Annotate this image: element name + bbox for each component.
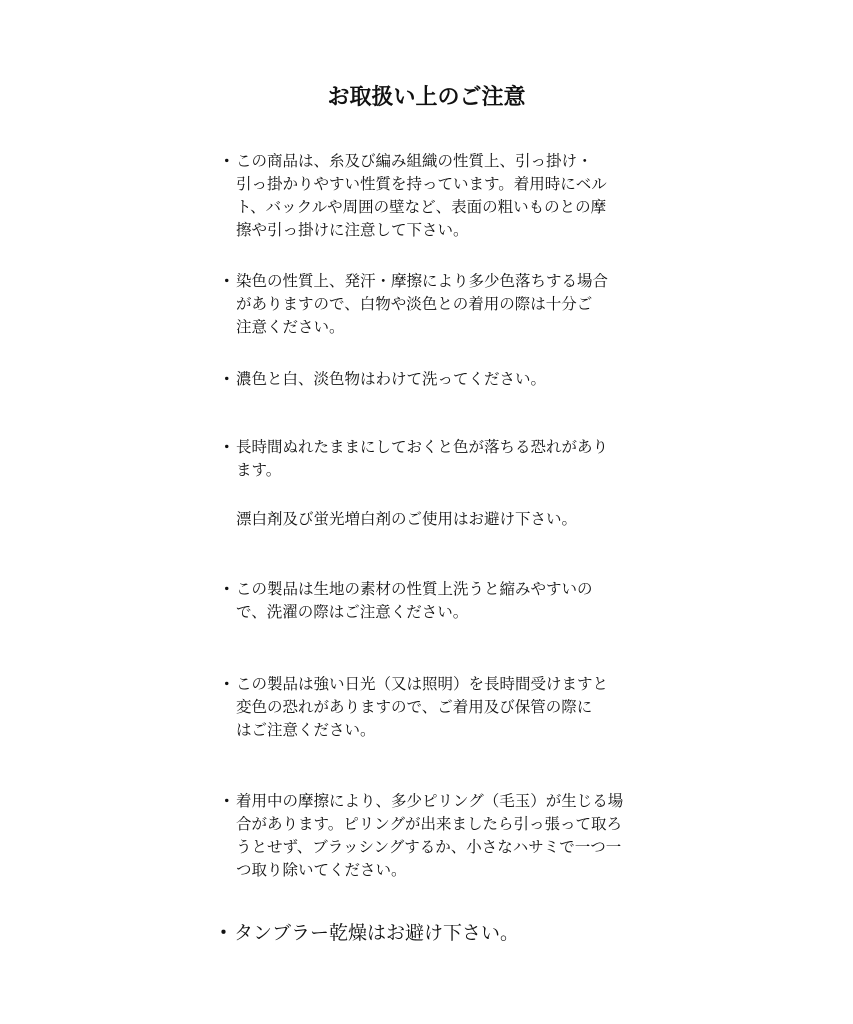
- notice-line: ます。: [236, 459, 659, 482]
- notice-item-sunlight: ・ この製品は強い日光（又は照明）を長時間受けますと 変色の恐れがありますので、…: [219, 673, 659, 742]
- notice-line: 長時間ぬれたままにしておくと色が落ちる恐れがあり: [236, 436, 659, 459]
- notice-line: この製品は生地の素材の性質上洗うと縮みやすいの: [236, 578, 659, 601]
- notice-text: 着用中の摩擦により、多少ピリング（毛玉）が生じる場 合があります。ピリングが出来…: [236, 790, 659, 882]
- notice-line: 着用中の摩擦により、多少ピリング（毛玉）が生じる場: [236, 790, 659, 813]
- notice-line: 漂白剤及び蛍光増白剤のご使用はお避け下さい。: [236, 508, 659, 531]
- notice-text: 染色の性質上、発汗・摩擦により多少色落ちする場合 がありますので、白物や淡色との…: [236, 270, 659, 339]
- notice-line: がありますので、白物や淡色との着用の際は十分ご: [236, 293, 659, 316]
- notice-text: タンブラー乾燥はお避け下さい。: [234, 920, 654, 946]
- notice-line: タンブラー乾燥はお避け下さい。: [234, 920, 654, 946]
- notice-line: 擦や引っ掛けに注意して下さい。: [236, 219, 659, 242]
- notice-text: この商品は、糸及び編み組織の性質上、引っ掛け・ 引っ掛かりやすい性質を持っていま…: [236, 150, 659, 242]
- document-title: お取扱い上のご注意: [0, 80, 853, 111]
- notice-text: 濃色と白、淡色物はわけて洗ってください。: [236, 368, 659, 391]
- bullet-icon: ・: [214, 920, 228, 946]
- notice-text: 長時間ぬれたままにしておくと色が落ちる恐れがあり ます。: [236, 436, 659, 482]
- notice-line: この製品は強い日光（又は照明）を長時間受けますと: [236, 673, 659, 696]
- bullet-icon: ・: [219, 578, 233, 601]
- notice-line: ト、バックルや周囲の壁など、表面の粗いものとの摩: [236, 196, 659, 219]
- notice-line: 濃色と白、淡色物はわけて洗ってください。: [236, 368, 659, 391]
- notice-line: 染色の性質上、発汗・摩擦により多少色落ちする場合: [236, 270, 659, 293]
- notice-item-shrinkage: ・ この製品は生地の素材の性質上洗うと縮みやすいの で、洗濯の際はご注意ください…: [219, 578, 659, 624]
- notice-text: この製品は生地の素材の性質上洗うと縮みやすいの で、洗濯の際はご注意ください。: [236, 578, 659, 624]
- bullet-icon: ・: [219, 790, 233, 813]
- notice-line: 合があります。ピリングが出来ましたら引っ張って取ろ: [236, 813, 659, 836]
- notice-item-wet-fade: ・ 長時間ぬれたままにしておくと色が落ちる恐れがあり ます。: [219, 436, 659, 482]
- notice-item-pilling: ・ 着用中の摩擦により、多少ピリング（毛玉）が生じる場 合があります。ピリングが…: [219, 790, 659, 882]
- notice-item-tumble-dry: ・ タンブラー乾燥はお避け下さい。: [214, 920, 654, 946]
- notice-line: 引っ掛かりやすい性質を持っています。着用時にベル: [236, 173, 659, 196]
- bullet-icon: ・: [219, 150, 233, 173]
- bullet-icon: ・: [219, 436, 233, 459]
- notice-line: この商品は、糸及び編み組織の性質上、引っ掛け・: [236, 150, 659, 173]
- notice-line: 注意ください。: [236, 316, 659, 339]
- bullet-icon: ・: [219, 270, 233, 293]
- bullet-icon: ・: [219, 673, 233, 696]
- bullet-icon: ・: [219, 368, 233, 391]
- notice-line: うとせず、ブラッシングするか、小さなハサミで一つ一: [236, 836, 659, 859]
- notice-line: 変色の恐れがありますので、ご着用及び保管の際に: [236, 696, 659, 719]
- notice-item-bleach: 漂白剤及び蛍光増白剤のご使用はお避け下さい。: [219, 508, 659, 531]
- notice-line: はご注意ください。: [236, 719, 659, 742]
- notice-line: つ取り除いてください。: [236, 859, 659, 882]
- notice-line: で、洗濯の際はご注意ください。: [236, 601, 659, 624]
- notice-item-snagging: ・ この商品は、糸及び編み組織の性質上、引っ掛け・ 引っ掛かりやすい性質を持って…: [219, 150, 659, 242]
- notice-text: この製品は強い日光（又は照明）を長時間受けますと 変色の恐れがありますので、ご着…: [236, 673, 659, 742]
- notice-item-separate-wash: ・ 濃色と白、淡色物はわけて洗ってください。: [219, 368, 659, 391]
- notice-item-color-bleeding: ・ 染色の性質上、発汗・摩擦により多少色落ちする場合 がありますので、白物や淡色…: [219, 270, 659, 339]
- notice-text: 漂白剤及び蛍光増白剤のご使用はお避け下さい。: [236, 508, 659, 531]
